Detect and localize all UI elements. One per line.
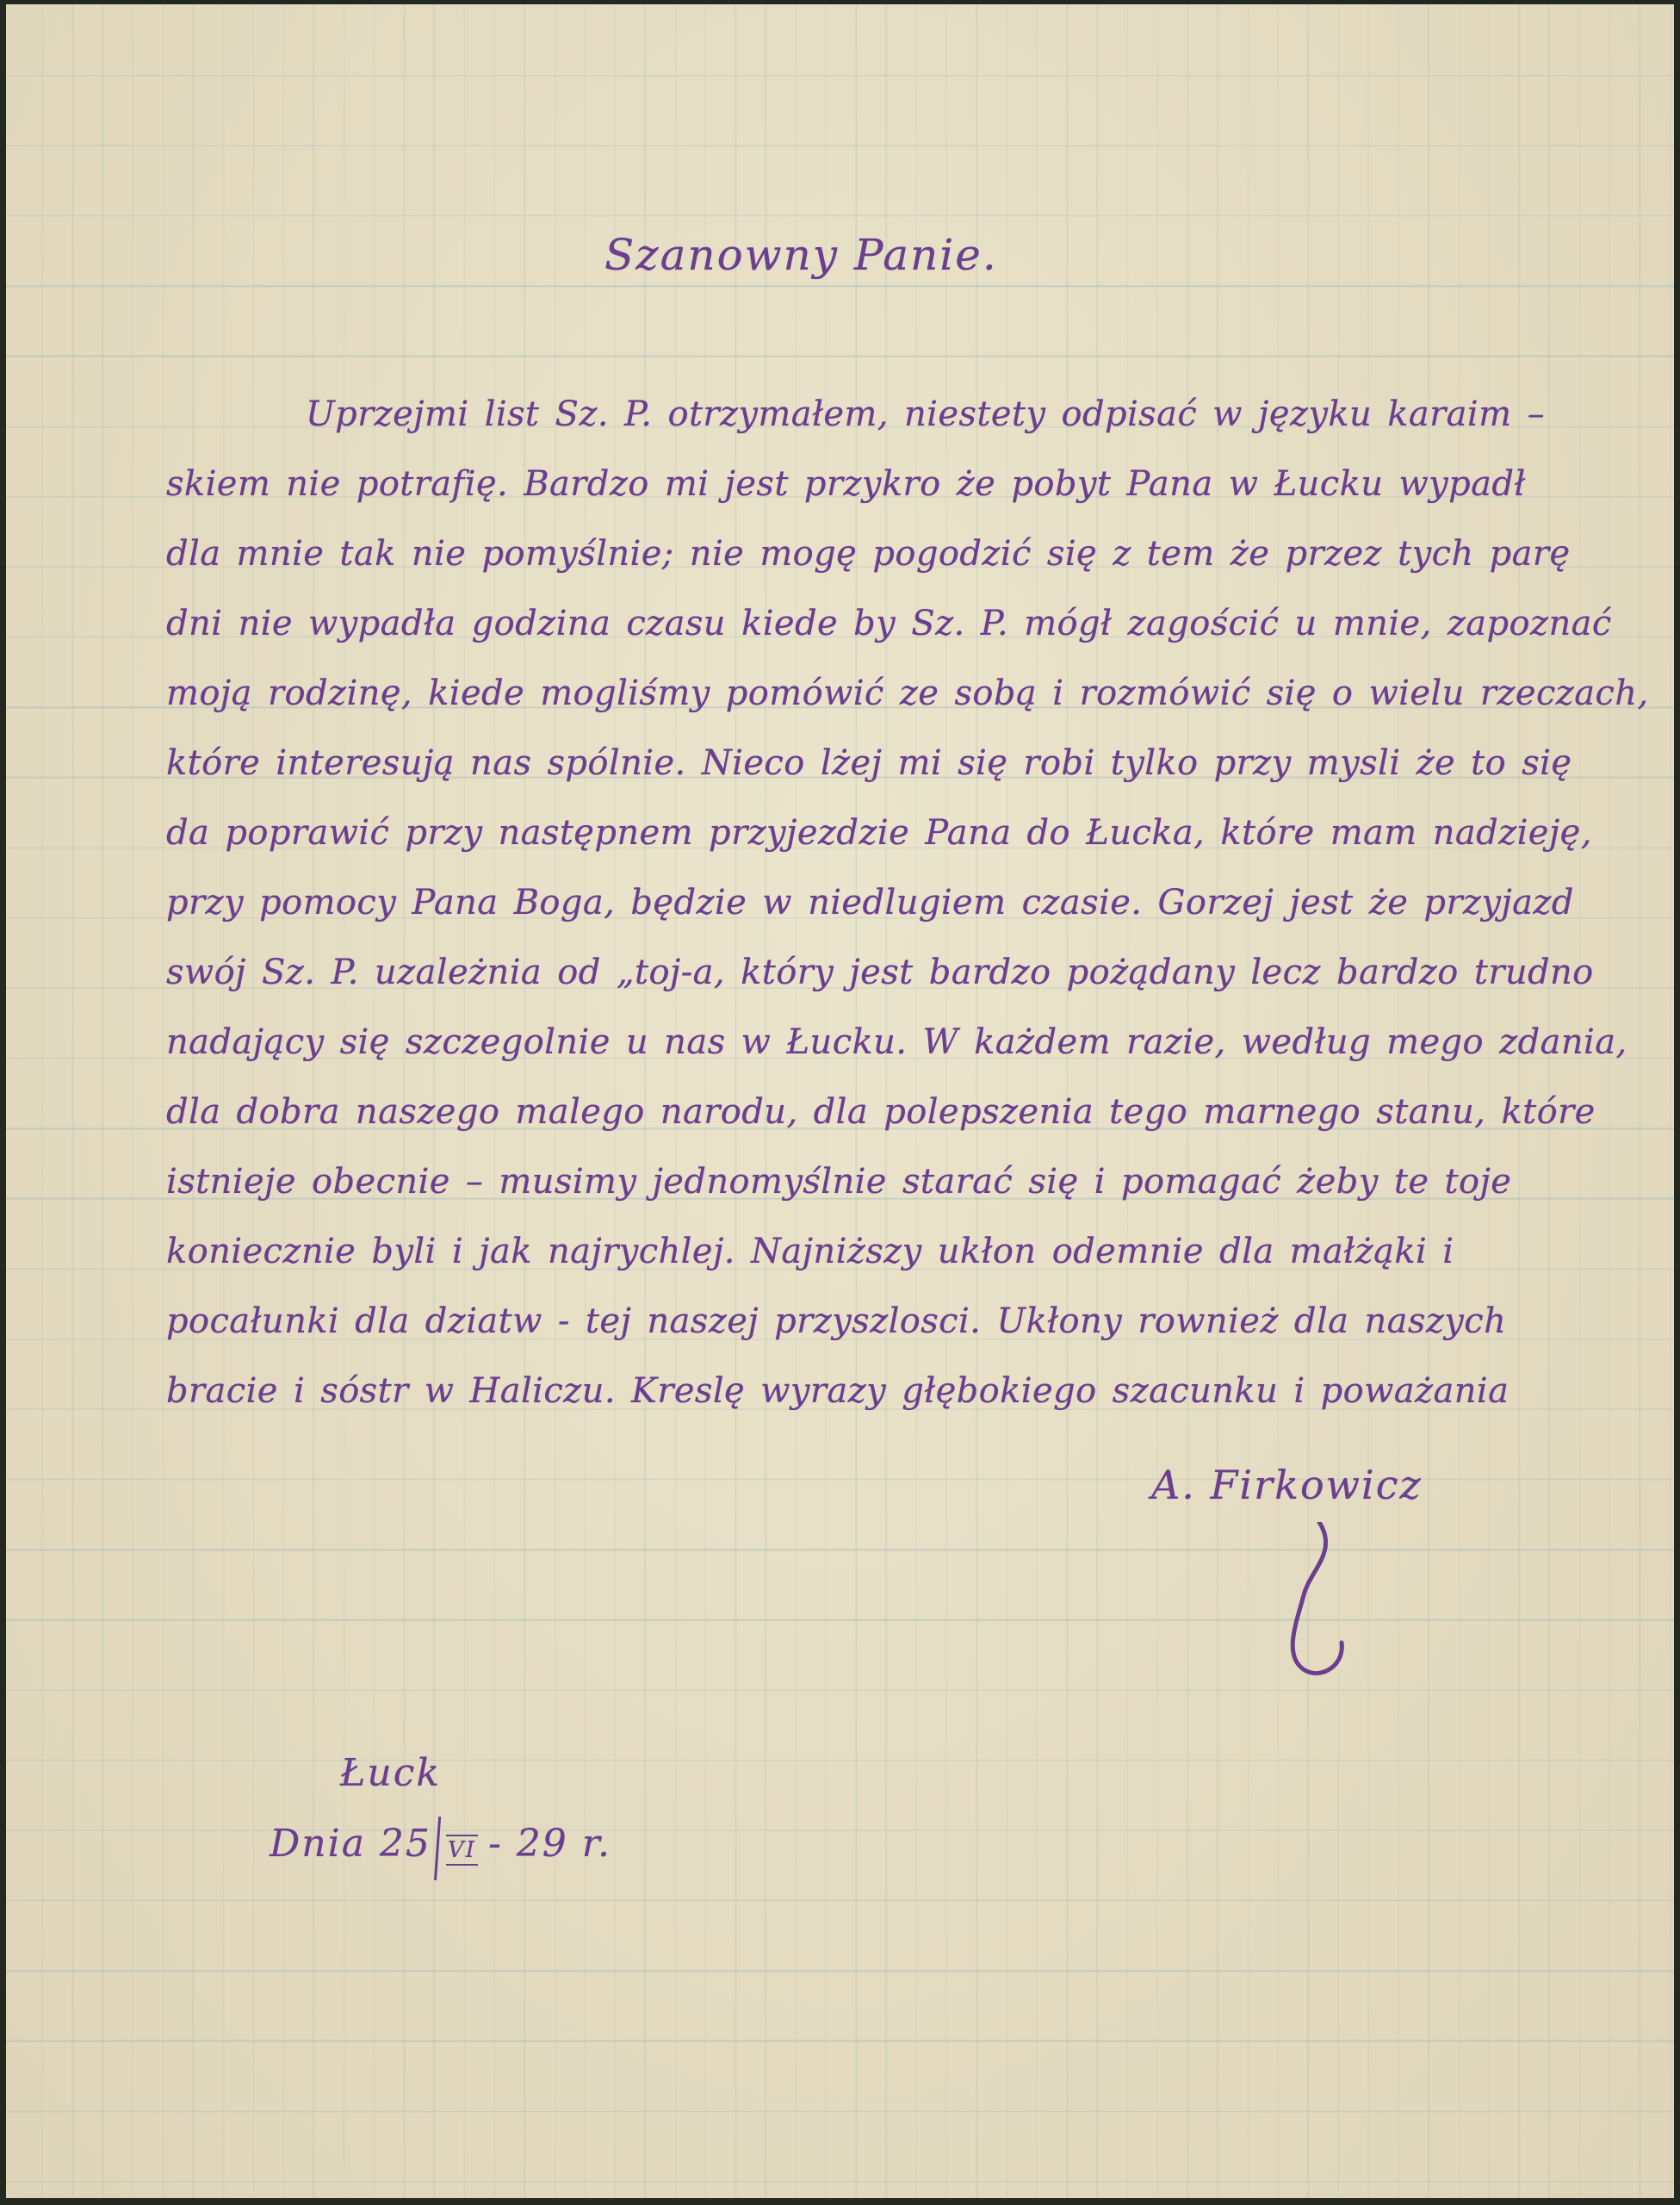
- body-line: pocałunki dla dziatw - tej naszej przysz…: [166, 1287, 1665, 1357]
- body-line: koniecznie byli i jak najrychlej. Najniż…: [166, 1217, 1665, 1287]
- body-line: które interesują nas spólnie. Nieco lżej…: [166, 729, 1665, 798]
- body-line: dla mnie tak nie pomyślnie; nie mogę pog…: [166, 519, 1665, 589]
- signature: A. Firkowicz: [1151, 1462, 1423, 1508]
- date-divider: [434, 1817, 441, 1880]
- date-day: Dnia 25: [270, 1822, 431, 1866]
- body-line: swój Sz. P. uzależnia od „toj-a, który j…: [166, 938, 1665, 1008]
- body-line: przy pomocy Pana Boga, będzie w niedlugi…: [166, 868, 1665, 938]
- body-line: bracie i sóstr w Haliczu. Kreslę wyrazy …: [166, 1357, 1665, 1426]
- body-line: istnieje obecnie – musimy jednomyślnie s…: [166, 1147, 1665, 1217]
- body-line: dla dobra naszego malego narodu, dla pol…: [166, 1078, 1665, 1147]
- letter-page: Szanowny Panie. Uprzejmi list Sz. P. otr…: [6, 4, 1674, 2198]
- signature-flourish-icon: [1259, 1522, 1379, 1686]
- body-line: dni nie wypadła godzina czasu kiede by S…: [166, 589, 1665, 659]
- body-line: nadający się szczegolnie u nas w Łucku. …: [166, 1008, 1665, 1078]
- body-line: Uprzejmi list Sz. P. otrzymałem, niestet…: [166, 380, 1665, 450]
- body-line: skiem nie potrafię. Bardzo mi jest przyk…: [166, 450, 1665, 519]
- closing-place: Łuck: [340, 1751, 441, 1795]
- body-line: da poprawić przy następnem przyjezdzie P…: [166, 798, 1665, 868]
- letter-body: Uprzejmi list Sz. P. otrzymałem, niestet…: [166, 380, 1665, 1426]
- date-year: - 29 r.: [488, 1822, 611, 1866]
- body-line: moją rodzinę, kiede mogliśmy pomówić ze …: [166, 659, 1665, 729]
- date-month: VI: [446, 1835, 478, 1866]
- date-line: Dnia 25 VI - 29 r.: [270, 1811, 611, 1875]
- salutation: Szanowny Panie.: [604, 230, 998, 280]
- scan-background: Szanowny Panie. Uprzejmi list Sz. P. otr…: [0, 0, 1680, 2205]
